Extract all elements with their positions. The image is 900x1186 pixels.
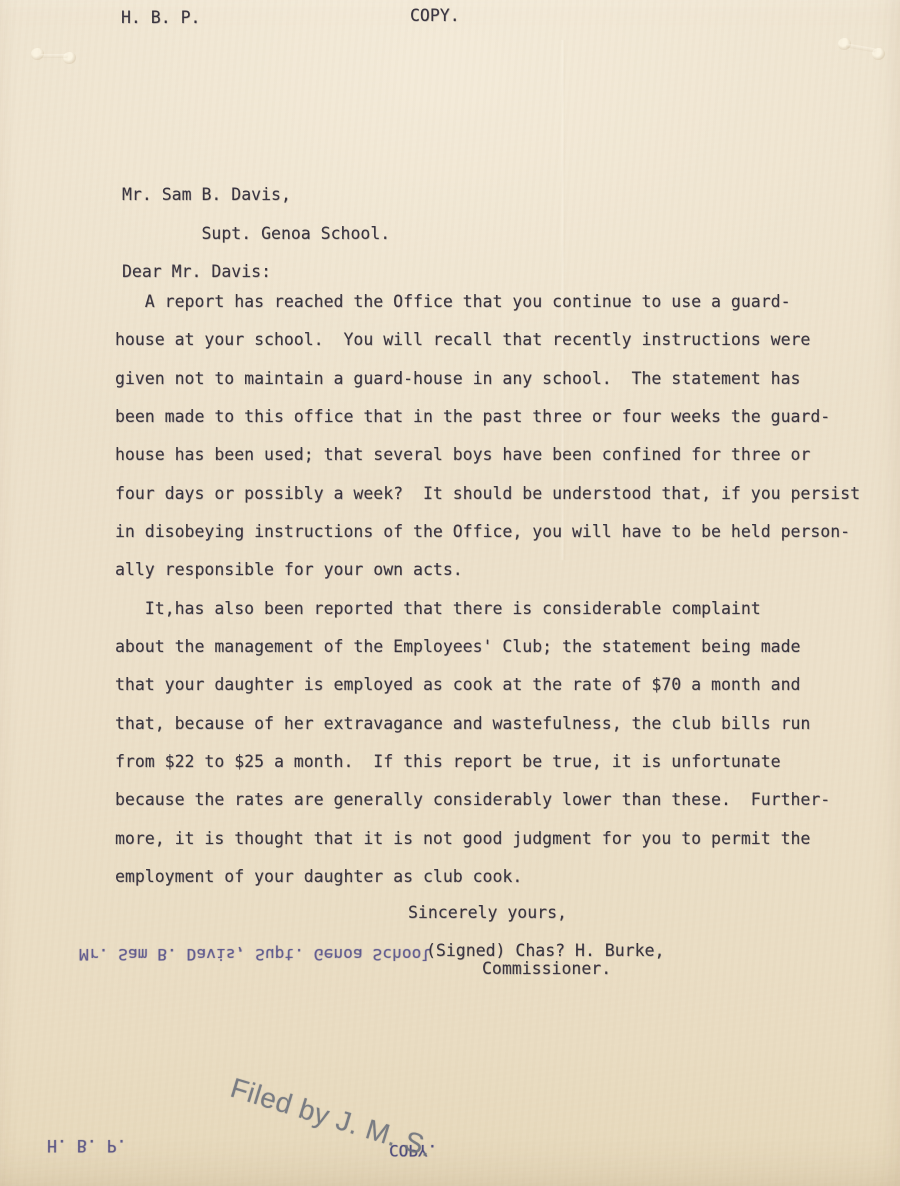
staple-emboss-top-left-a (31, 48, 44, 60)
recipient-line: Mr. Sam B. Davis, (122, 176, 390, 215)
letter-body: A report has reached the Office that you… (115, 283, 860, 897)
staple-emboss-top-right-b (872, 48, 885, 60)
body-line: from $22 to $25 a month. If this report … (115, 743, 860, 781)
body-line: in disobeying instructions of the Office… (115, 513, 860, 551)
body-line: house at your school. You will recall th… (115, 321, 860, 359)
body-line: that, because of her extravagance and wa… (115, 705, 860, 743)
closing-signature: (Signed) Chas? H. Burke, (426, 941, 664, 960)
body-line: given not to maintain a guard-house in a… (115, 360, 860, 398)
body-line: because the rates are generally consider… (115, 781, 860, 819)
body-line: been made to this office that in the pas… (115, 398, 860, 436)
body-line: about the management of the Employees' C… (115, 628, 860, 666)
body-line: employment of your daughter as club cook… (115, 858, 860, 896)
body-line: house has been used; that several boys h… (115, 436, 860, 474)
header-initials: H. B. P. (121, 8, 200, 27)
recipient-block: Mr. Sam B. Davis, Supt. Genoa School.Dea… (122, 176, 390, 292)
body-line: four days or possibly a week? It should … (115, 475, 860, 513)
letter-page: H. B. P. COPY. Mr. Sam B. Davis, Supt. G… (0, 0, 900, 1186)
closing-signer-title: Commissioner. (482, 959, 611, 978)
header-copy-label: COPY. (410, 6, 460, 25)
staple-emboss-top-left-bridge (40, 54, 68, 58)
body-line: that your daughter is employed as cook a… (115, 666, 860, 704)
body-line: ally responsible for your own acts. (115, 551, 860, 589)
ghost-offset-initials: H. B. P. (47, 1136, 126, 1155)
staple-emboss-top-right-a (838, 38, 851, 50)
closing-valediction: Sincerely yours, (408, 903, 567, 922)
ghost-offset-recipient-line: Mr. Sam B. Davis, Supt. Genoa School (79, 945, 431, 964)
body-line: more, it is thought that it is not good … (115, 820, 860, 858)
recipient-line: Supt. Genoa School. (122, 215, 390, 254)
staple-emboss-top-right-bridge (846, 43, 876, 52)
staple-emboss-top-left-b (63, 52, 76, 64)
filed-by-stamp: Filed by J. M. S. (227, 1072, 436, 1164)
body-line: It,has also been reported that there is … (115, 590, 860, 628)
body-line: A report has reached the Office that you… (115, 283, 860, 321)
